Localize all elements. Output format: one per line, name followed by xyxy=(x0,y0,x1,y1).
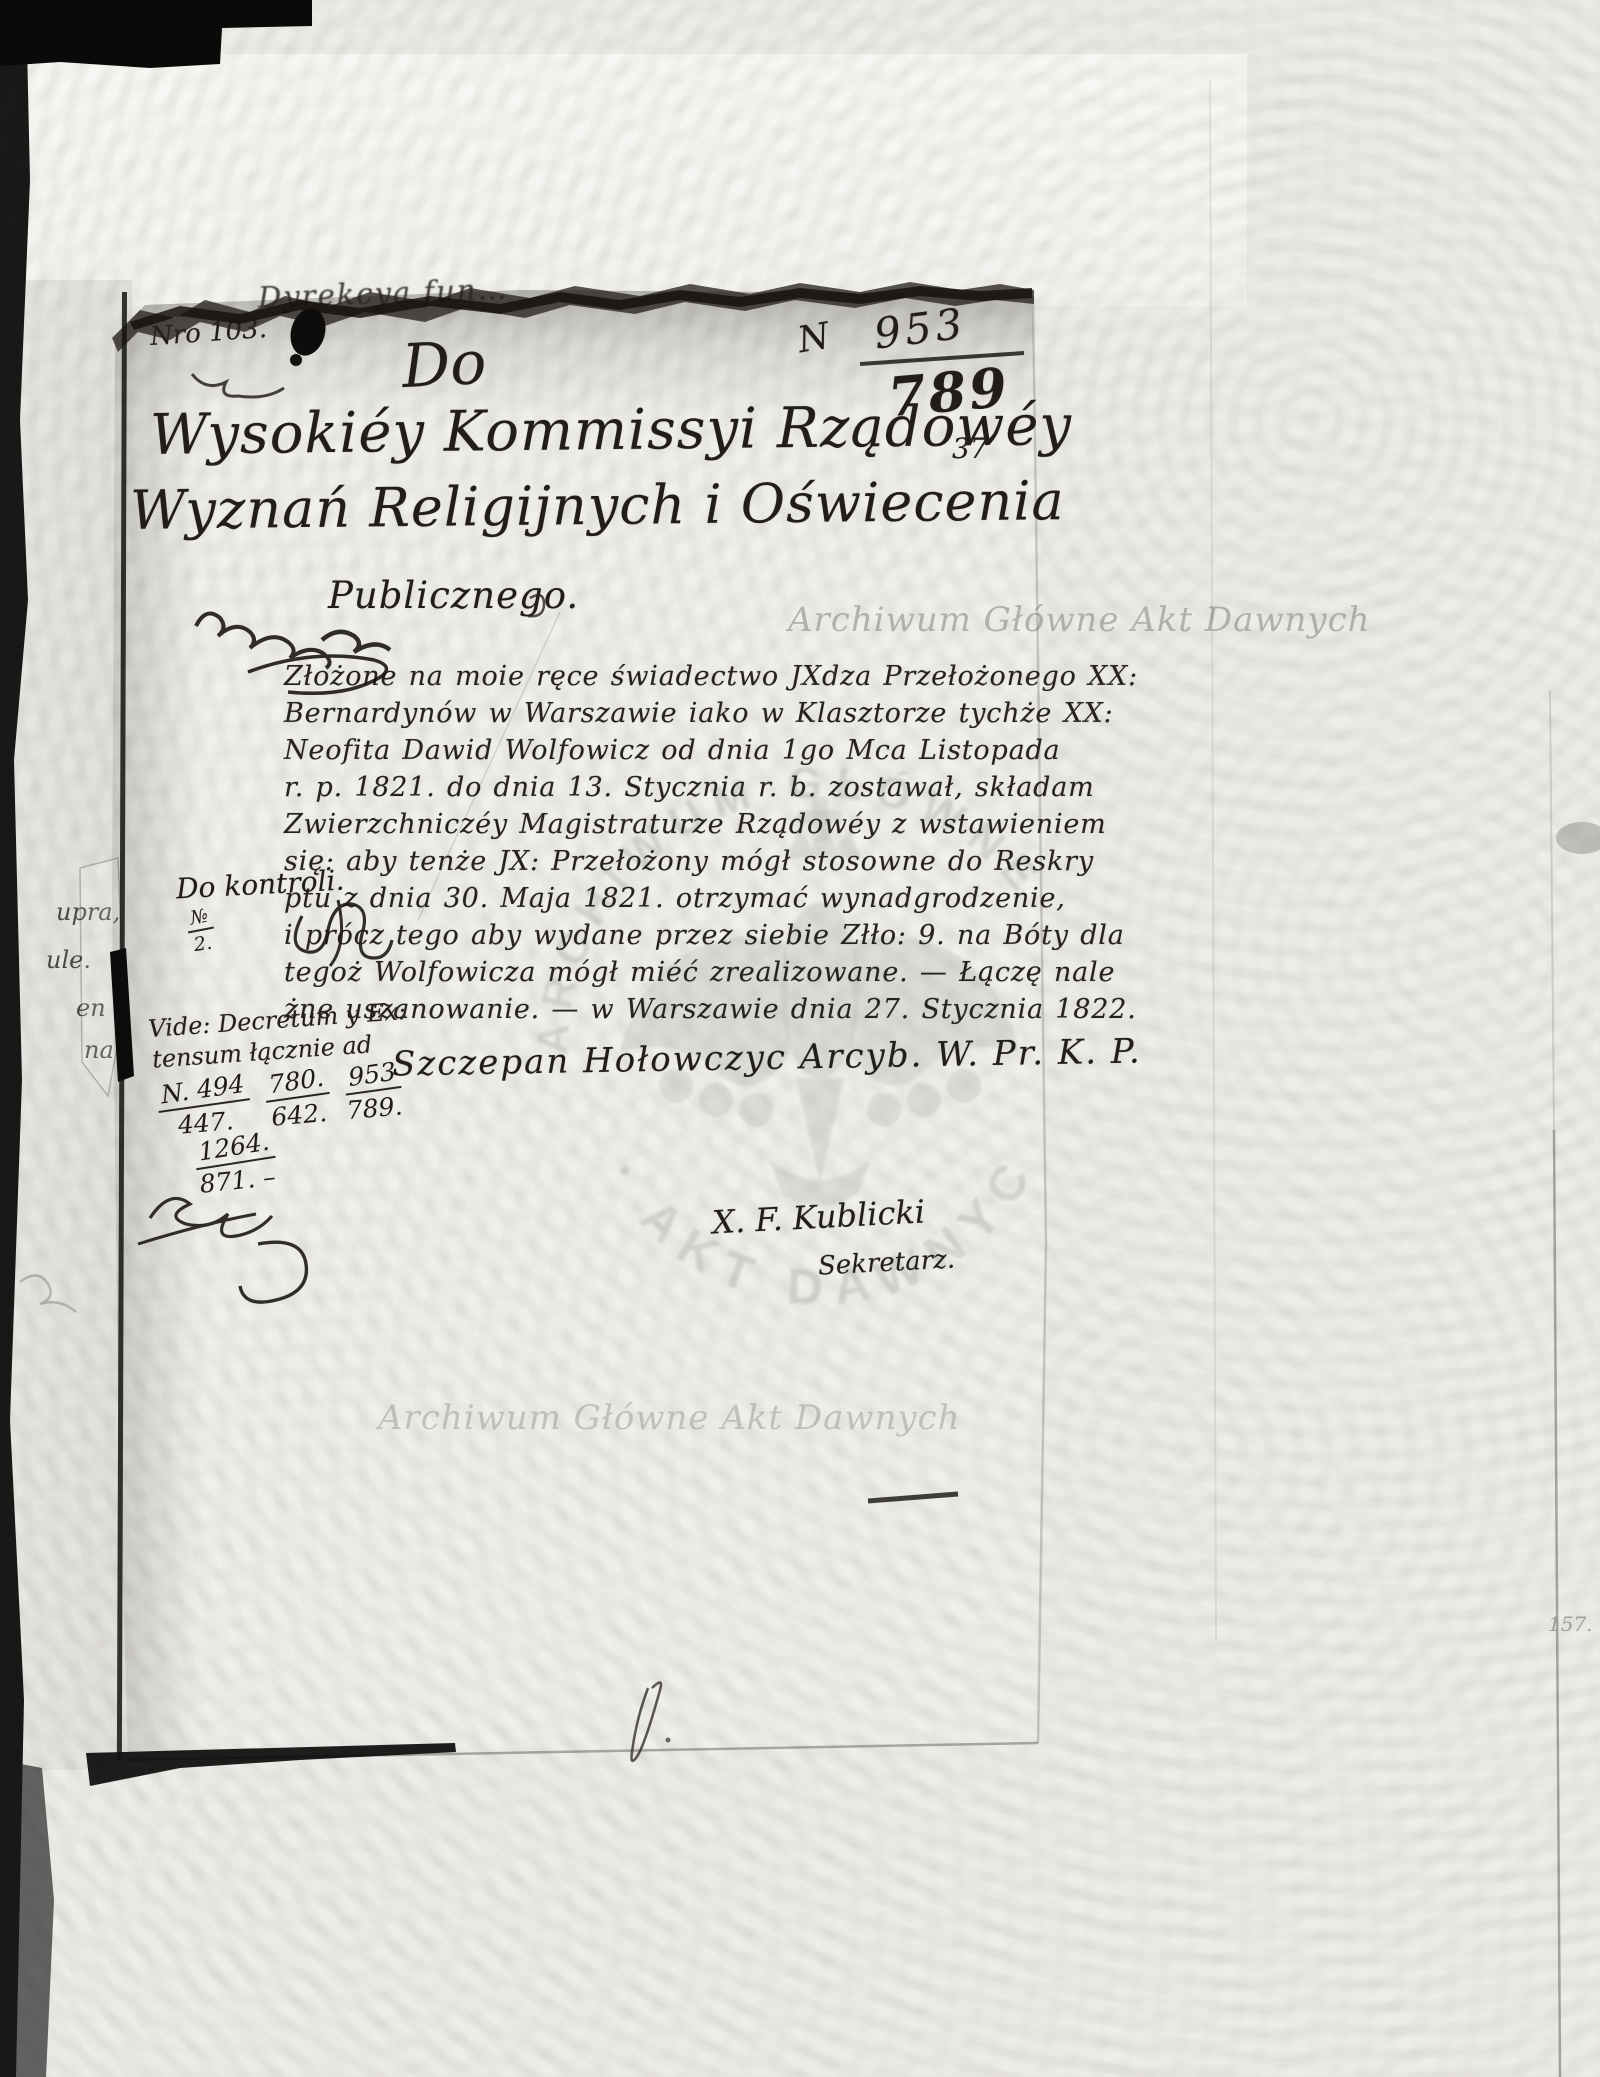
body-line: r. p. 1821. do dnia 13. Stycznia r. b. z… xyxy=(284,769,1054,806)
corner-pencil-note: 157. xyxy=(1548,1612,1593,1636)
body-line: Zwierzchniczéy Magistraturze Rządowéy z … xyxy=(284,806,1054,843)
control-number-bottom: 2. xyxy=(192,930,213,956)
adjacent-page-fragment: na xyxy=(84,1036,114,1064)
address-line-1: Wysokiéy Kommissyi Rządowéy xyxy=(150,393,1073,468)
body-paragraph: Złożone na moie ręce świadectwo JXdza Pr… xyxy=(284,658,1054,1028)
body-line: Neofita Dawid Wolfowicz od dnia 1go Mca … xyxy=(284,732,1054,769)
adjacent-page-fragment: upra, xyxy=(56,898,120,926)
body-line: Złożone na moie ręce świadectwo JXdza Pr… xyxy=(284,658,1054,695)
control-number-top: № xyxy=(185,904,214,934)
doc-number-label: N xyxy=(795,316,833,362)
body-line: się: aby tenże JX: Przełożony mógł stoso… xyxy=(284,843,1054,880)
address-line-2: Wyznań Religijnych i Oświecenia xyxy=(130,469,1065,542)
body-line: tegoż Wolfowicza mógł miéć zrealizowane.… xyxy=(284,954,1054,991)
right-page-edge xyxy=(1554,1130,1560,2077)
margin-fraction: 953789. xyxy=(343,1058,404,1126)
body-line: Bernardynów w Warszawie iako w Klasztorz… xyxy=(284,695,1054,732)
body-line: i prócz tego aby wydane przez siebie Złł… xyxy=(284,917,1054,954)
backing-page xyxy=(0,54,1248,306)
film-bottom-left-shade xyxy=(0,1760,54,2077)
right-edge-smudge xyxy=(1556,822,1600,854)
archival-document-scan: ARCHIWUM GŁÓWNE · AKT DAWNYCH · Archiwum… xyxy=(0,0,1600,2077)
watermark-text-upper: Archiwum Główne Akt Dawnych xyxy=(788,600,1371,640)
right-page-edge-upper xyxy=(1550,690,1554,1130)
margin-sum-fraction: 1264. 871. – xyxy=(193,1128,279,1199)
adjacent-page-fragment: en xyxy=(76,994,106,1022)
adjacent-page-fragment: ule. xyxy=(46,946,91,974)
backing-page-crease xyxy=(1210,80,1216,1640)
address-line-3: Publicznego. xyxy=(328,574,579,617)
address-salutation: Do xyxy=(400,328,488,402)
fraction-bottom: 789. xyxy=(345,1089,403,1125)
body-line: ptu z dnia 30. Maja 1821. otrzymać wynad… xyxy=(284,880,1054,917)
fraction-bottom: 642. xyxy=(270,1096,328,1132)
watermark-text-lower: Archiwum Główne Akt Dawnych xyxy=(378,1398,961,1438)
margin-fraction: 780.642. xyxy=(263,1064,332,1132)
adjacent-page-edge xyxy=(0,280,132,1770)
